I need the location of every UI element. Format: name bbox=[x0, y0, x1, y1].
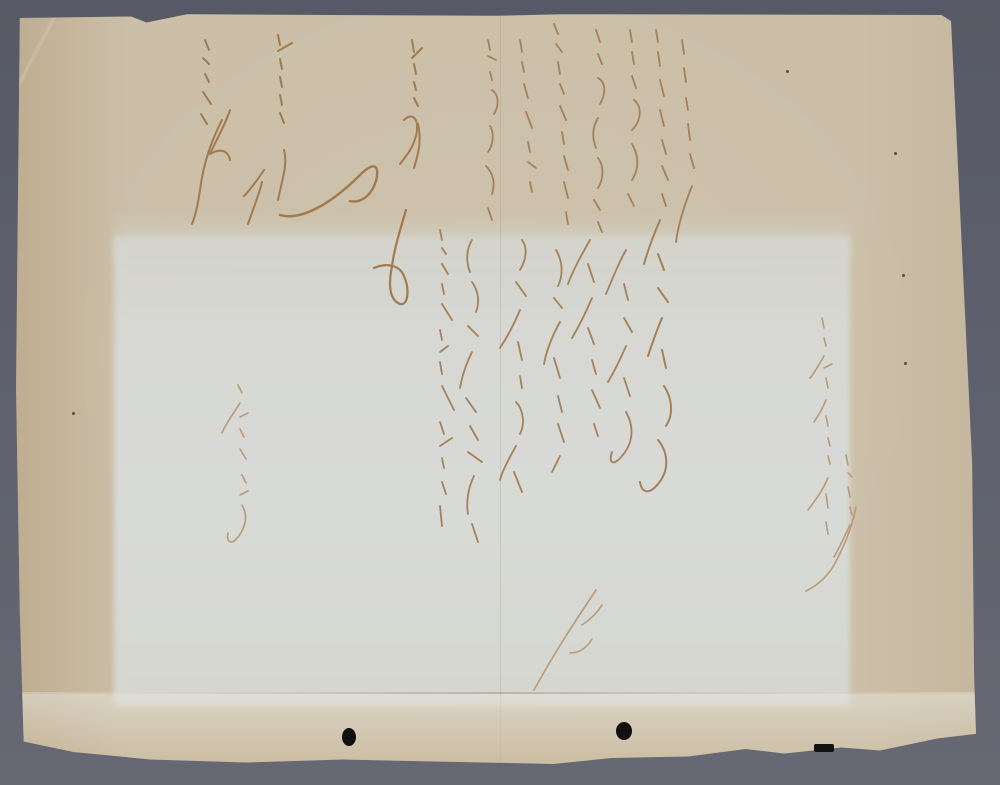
column-group-left-lower bbox=[222, 385, 248, 542]
column-group-right-margin bbox=[806, 318, 856, 591]
column-group-main-body bbox=[440, 24, 694, 542]
column-group-left-top bbox=[192, 35, 422, 304]
handwriting-layer bbox=[0, 0, 1000, 785]
column-group-bottom-mark bbox=[534, 590, 602, 690]
